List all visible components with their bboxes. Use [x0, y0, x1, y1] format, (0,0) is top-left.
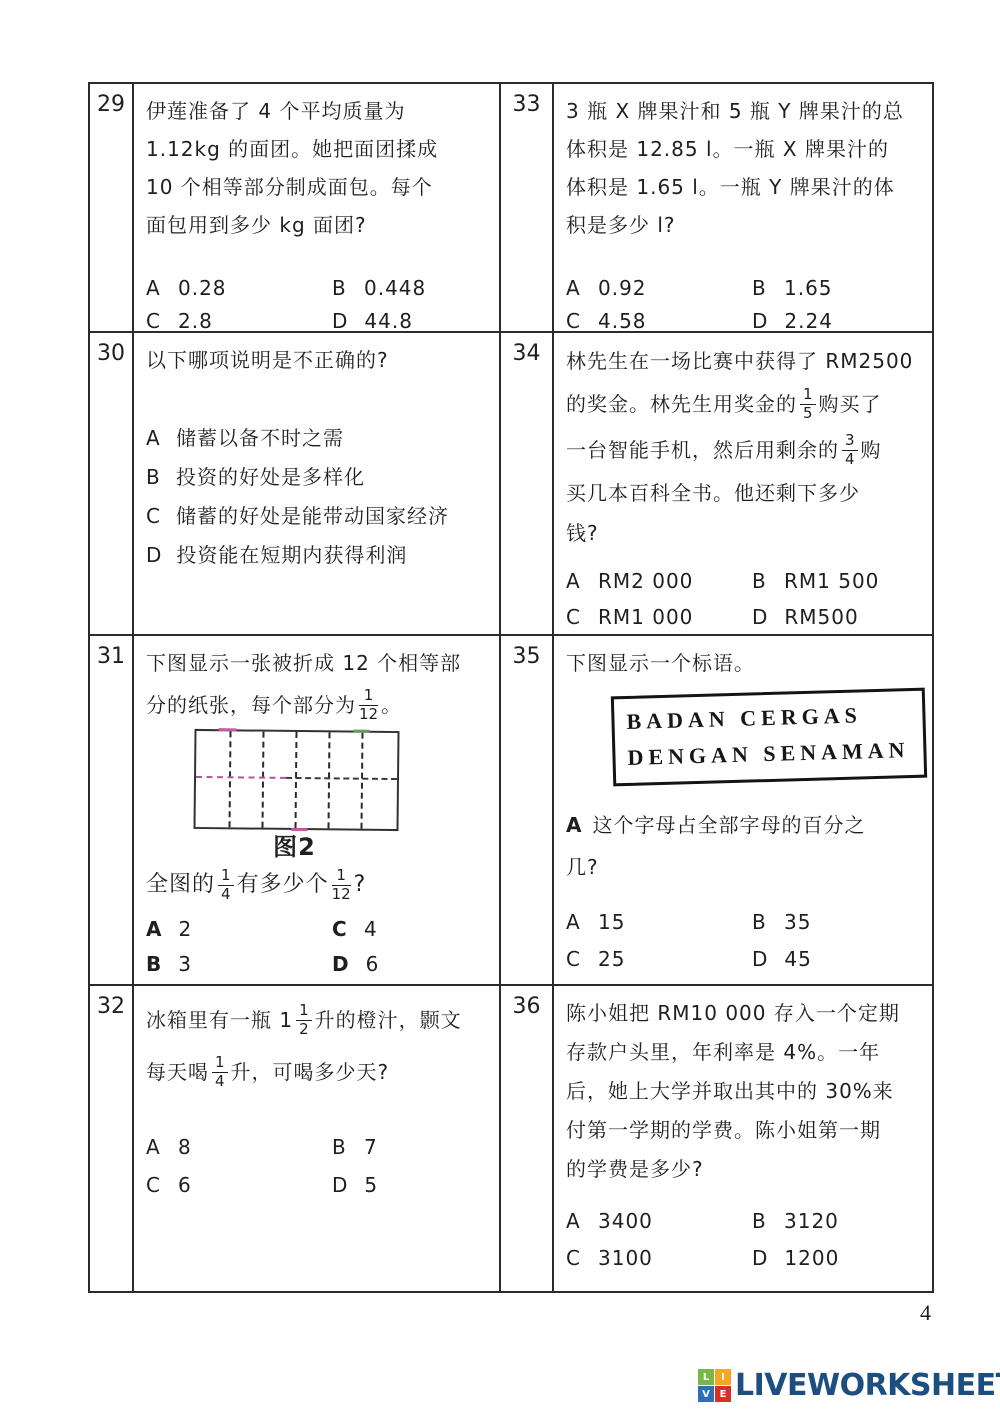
figure-caption: 图2	[194, 832, 395, 862]
question-32-cell: 冰箱里有一瓶 112升的橙汁，颢文 每天喝14升，可喝多少天? A8 B7 C6…	[134, 986, 501, 1291]
option-letter: A	[566, 904, 582, 941]
choice-letter: A	[146, 419, 162, 458]
fraction-numerator: 1	[296, 1003, 312, 1021]
question-35-question-line-2: 几?	[566, 846, 926, 888]
question-31-options: A2 C4 B3 D6	[146, 912, 493, 982]
text-segment: 全图的	[146, 866, 215, 904]
question-30-cell: 以下哪项说明是不正确的? A储蓄以备不时之需 B投资的好处是多样化 C储蓄的好处…	[134, 333, 501, 636]
fold-line-horizontal	[196, 776, 286, 779]
option-letter: C	[566, 941, 582, 978]
question-36-option-a[interactable]: A3400	[566, 1203, 752, 1240]
text-segment: 。	[381, 686, 402, 724]
question-35-option-a[interactable]: A15	[566, 904, 752, 941]
option-letter: B	[752, 563, 768, 599]
option-letter: A	[146, 272, 162, 305]
option-letter: B	[332, 272, 348, 305]
question-34-option-b[interactable]: BRM1 500	[752, 563, 926, 599]
question-34-option-a[interactable]: ARM2 000	[566, 563, 752, 599]
question-35-options: A15 B35 C25 D45	[566, 904, 926, 978]
text-segment: 这个字母占全部字母的百分之	[592, 813, 865, 837]
option-letter: C	[566, 599, 582, 635]
text-segment: 购	[861, 431, 882, 469]
choice-text: 投资的好处是多样化	[176, 465, 365, 489]
question-31-option-b[interactable]: B3	[146, 947, 332, 982]
question-35-cell: 下图显示一个标语。 BADAN CERGAS DENGAN SENAMAN A这…	[554, 636, 932, 986]
option-letter: B	[752, 904, 768, 941]
question-36-line-1: 陈小姐把 RM10 000 存入一个定期	[566, 994, 926, 1033]
choice-text: 投资能在短期内获得利润	[176, 543, 407, 567]
question-35-question-line-1: A这个字母占全部字母的百分之	[566, 804, 926, 846]
question-35-option-b[interactable]: B35	[752, 904, 926, 941]
option-value: RM1 500	[784, 569, 879, 593]
option-value: 1.65	[784, 276, 833, 300]
question-29-line-4: 面包用到多少 kg 面团?	[146, 206, 493, 244]
question-34-line-4: 买几本百科全书。他还剩下多少	[566, 473, 926, 513]
liveworksheets-logo-icon: L I V E	[698, 1369, 731, 1402]
option-value: 25	[598, 947, 625, 971]
option-letter: B	[752, 272, 768, 305]
option-letter: A	[566, 1203, 582, 1240]
option-value: 3	[178, 952, 192, 976]
question-32-number: 32	[90, 986, 134, 1291]
fraction-denominator: 12	[359, 706, 378, 723]
logo-tile-v: V	[698, 1386, 714, 1402]
option-letter: B	[146, 947, 162, 982]
question-35-option-c[interactable]: C25	[566, 941, 752, 978]
fraction-numerator: 3	[842, 433, 858, 451]
option-letter: D	[332, 1166, 348, 1204]
question-31-question-line: 全图的14有多少个112?	[146, 862, 493, 908]
option-value: 0.28	[178, 276, 227, 300]
question-32-line-1: 冰箱里有一瓶 112升的橙汁，颢文	[146, 994, 493, 1046]
liveworksheets-logo-text: LIVEWORKSHEETS	[735, 1368, 1000, 1403]
question-30-number: 30	[90, 333, 134, 636]
option-value: 1200	[784, 1246, 839, 1270]
question-30-choice-b[interactable]: B投资的好处是多样化	[146, 458, 493, 497]
question-33-option-b[interactable]: B1.65	[752, 272, 926, 305]
option-value: 4	[364, 917, 378, 941]
question-36-line-5: 的学费是多少?	[566, 1150, 926, 1189]
option-letter: B	[752, 1203, 768, 1240]
question-34-option-c[interactable]: CRM1 000	[566, 599, 752, 635]
question-29-line-3: 10 个相等部分制成面包。每个	[146, 168, 493, 206]
fraction-denominator: 4	[212, 1073, 228, 1090]
question-35-option-d[interactable]: D45	[752, 941, 926, 978]
question-31-option-a[interactable]: A2	[146, 912, 332, 947]
option-letter: C	[332, 912, 348, 947]
question-33-cell: 3 瓶 X 牌果汁和 5 瓶 Y 牌果汁的总 体积是 12.85 l。一瓶 X …	[554, 84, 932, 333]
option-value: 6	[178, 1173, 192, 1197]
question-36-option-c[interactable]: C3100	[566, 1240, 752, 1277]
option-value: 2	[178, 917, 192, 941]
questions-table: 29 伊莲准备了 4 个平均质量为 1.12kg 的面团。她把面团揉成 10 个…	[88, 82, 934, 1293]
fold-line-horizontal	[286, 777, 397, 780]
question-34-number: 34	[501, 333, 554, 636]
option-value: 3120	[784, 1209, 839, 1233]
question-30-choice-a[interactable]: A储蓄以备不时之需	[146, 419, 493, 458]
text-segment: 升的橙汁，颢文	[315, 1001, 462, 1039]
fold-line	[327, 732, 330, 828]
fraction-one-quarter: 14	[212, 1055, 228, 1090]
question-36-line-2: 存款户头里，年利率是 4%。一年	[566, 1033, 926, 1072]
text-segment: 有多少个	[237, 866, 329, 904]
question-32-line-2: 每天喝14升，可喝多少天?	[146, 1046, 493, 1098]
choice-letter: D	[146, 536, 162, 575]
question-31-cell: 下图显示一张被折成 12 个相等部 分的纸张，每个部分为112。 图2 全图的1…	[134, 636, 501, 986]
option-letter: C	[146, 1166, 162, 1204]
text-segment: 购买了	[819, 385, 882, 423]
question-31-line-1: 下图显示一张被折成 12 个相等部	[146, 644, 493, 682]
question-33-number: 33	[501, 84, 554, 333]
text-segment: 一台智能手机，然后用剩余的	[566, 431, 839, 469]
choice-text: 储蓄以备不时之需	[176, 426, 344, 450]
option-letter: D	[752, 599, 768, 635]
fraction-numerator: 1	[359, 688, 378, 706]
option-value: 8	[178, 1135, 192, 1159]
fraction-denominator: 4	[218, 886, 234, 903]
slogan-line-2: DENGAN SENAMAN	[627, 732, 910, 776]
question-34-line-2: 的奖金。林先生用奖金的15购买了	[566, 381, 926, 427]
option-letter: D	[752, 941, 768, 978]
page-number: 4	[920, 1300, 931, 1326]
question-29-line-1: 伊莲准备了 4 个平均质量为	[146, 92, 493, 130]
fold-line	[294, 732, 297, 828]
question-34-cell: 林先生在一场比赛中获得了 RM2500 的奖金。林先生用奖金的15购买了 一台智…	[554, 333, 932, 636]
question-33-option-a[interactable]: A0.92	[566, 272, 752, 305]
text-segment: 升，可喝多少天?	[231, 1053, 390, 1091]
fold-line	[360, 733, 363, 829]
subject-letter: A	[566, 804, 582, 846]
option-value: 35	[784, 910, 811, 934]
question-29-cell: 伊莲准备了 4 个平均质量为 1.12kg 的面团。她把面团揉成 10 个相等部…	[134, 84, 501, 333]
question-29-option-a[interactable]: A0.28	[146, 272, 332, 305]
fraction-one-quarter: 14	[218, 868, 234, 903]
text-segment: 每天喝	[146, 1053, 209, 1091]
option-value: 0.92	[598, 276, 647, 300]
fraction-denominator: 2	[296, 1021, 312, 1038]
fraction-one-twelfth: 112	[332, 868, 351, 903]
question-30-choice-d[interactable]: D投资能在短期内获得利润	[146, 536, 493, 575]
fraction-denominator: 4	[842, 451, 858, 468]
question-34-line-1: 林先生在一场比赛中获得了 RM2500	[566, 341, 926, 381]
question-34-option-d[interactable]: DRM500	[752, 599, 926, 635]
question-32-option-c[interactable]: C6	[146, 1166, 332, 1204]
fraction-denominator: 12	[332, 886, 351, 903]
option-value: 45	[784, 947, 811, 971]
question-30-choice-c[interactable]: C储蓄的好处是能带动国家经济	[146, 497, 493, 536]
choice-text: 储蓄的好处是能带动国家经济	[176, 504, 449, 528]
fraction-numerator: 1	[218, 868, 234, 886]
logo-tile-l: L	[698, 1369, 714, 1385]
question-32-option-b[interactable]: B7	[332, 1128, 493, 1166]
text-segment: 的奖金。林先生用奖金的	[566, 385, 797, 423]
text-segment: 分的纸张，每个部分为	[146, 686, 356, 724]
fraction-three-quarters: 34	[842, 433, 858, 468]
question-33-line-1: 3 瓶 X 牌果汁和 5 瓶 Y 牌果汁的总	[566, 92, 926, 130]
option-value: 5	[364, 1173, 378, 1197]
question-32-options: A8 B7 C6 D5	[146, 1128, 493, 1204]
question-36-number: 36	[501, 986, 554, 1291]
fraction-one-twelfth: 112	[359, 688, 378, 723]
scan-artifact	[291, 828, 307, 831]
option-value: 3100	[598, 1246, 653, 1270]
question-31-line-2: 分的纸张，每个部分为112。	[146, 682, 493, 728]
option-letter: A	[566, 272, 582, 305]
text-segment: ?	[354, 866, 367, 904]
question-36-options: A3400 B3120 C3100 D1200	[566, 1203, 926, 1277]
question-33-line-2: 体积是 12.85 l。一瓶 X 牌果汁的	[566, 130, 926, 168]
option-value: RM2 000	[598, 569, 693, 593]
option-value: 0.448	[364, 276, 426, 300]
fraction-one-half: 12	[296, 1003, 312, 1038]
question-31-number: 31	[90, 636, 134, 986]
question-33-line-3: 体积是 1.65 l。一瓶 Y 牌果汁的体	[566, 168, 926, 206]
question-35-question: A这个字母占全部字母的百分之 几?	[566, 804, 926, 888]
fraction-one-fifth: 15	[800, 387, 816, 422]
option-value: 44.8	[364, 309, 413, 333]
option-letter: B	[332, 1128, 348, 1166]
fraction-denominator: 5	[800, 405, 816, 422]
question-35-line-1: 下图显示一个标语。	[566, 644, 926, 682]
scan-artifact	[219, 728, 237, 731]
option-value: RM1 000	[598, 605, 693, 629]
question-29-option-b[interactable]: B0.448	[332, 272, 493, 305]
question-36-option-d[interactable]: D1200	[752, 1240, 926, 1277]
logo-tile-e: E	[715, 1386, 731, 1402]
option-letter: D	[332, 947, 350, 982]
option-value: RM500	[784, 605, 858, 629]
fraction-numerator: 1	[212, 1055, 228, 1073]
option-letter: A	[566, 563, 582, 599]
question-29-number: 29	[90, 84, 134, 333]
question-36-line-4: 付第一学期的学费。陈小姐第一期	[566, 1111, 926, 1150]
fold-line	[261, 732, 264, 828]
option-letter: D	[752, 1240, 768, 1277]
question-33-options: A0.92 B1.65 C4.58 D2.24	[566, 272, 926, 338]
question-36-line-3: 后，她上大学并取出其中的 30%来	[566, 1072, 926, 1111]
question-33-line-4: 积是多少 l?	[566, 206, 926, 244]
fraction-numerator: 1	[800, 387, 816, 405]
question-34-line-5: 钱?	[566, 513, 926, 553]
question-29-options: A0.28 B0.448 C2.8 D44.8	[146, 272, 493, 338]
question-34-options: ARM2 000 BRM1 500 CRM1 000 DRM500	[566, 563, 926, 635]
question-30-line-1: 以下哪项说明是不正确的?	[146, 341, 493, 379]
question-36-option-b[interactable]: B3120	[752, 1203, 926, 1240]
text-segment: 冰箱里有一瓶 1	[146, 1001, 293, 1039]
question-36-cell: 陈小姐把 RM10 000 存入一个定期 存款户头里，年利率是 4%。一年 后，…	[554, 986, 932, 1291]
slogan-sign: BADAN CERGAS DENGAN SENAMAN	[611, 688, 927, 787]
question-32-option-a[interactable]: A8	[146, 1128, 332, 1166]
fraction-numerator: 1	[332, 868, 351, 886]
choice-letter: C	[146, 497, 162, 536]
question-30-choices: A储蓄以备不时之需 B投资的好处是多样化 C储蓄的好处是能带动国家经济 D投资能…	[146, 419, 493, 575]
question-34-line-3: 一台智能手机，然后用剩余的34购	[566, 427, 926, 473]
question-31-option-d[interactable]: D6	[332, 947, 493, 982]
question-31-option-c[interactable]: C4	[332, 912, 493, 947]
option-letter: A	[146, 912, 162, 947]
option-letter: C	[566, 1240, 582, 1277]
option-value: 6	[366, 952, 380, 976]
option-value: 7	[364, 1135, 378, 1159]
option-value: 3400	[598, 1209, 653, 1233]
option-value: 4.58	[598, 309, 647, 333]
question-35-number: 35	[501, 636, 554, 986]
question-29-line-2: 1.12kg 的面团。她把面团揉成	[146, 130, 493, 168]
folded-paper-figure	[193, 729, 399, 831]
option-value: 2.8	[178, 309, 213, 333]
scan-artifact	[353, 730, 369, 733]
option-value: 2.24	[784, 309, 833, 333]
option-value: 15	[598, 910, 625, 934]
question-32-option-d[interactable]: D5	[332, 1166, 493, 1204]
fold-line	[229, 731, 232, 827]
option-letter: A	[146, 1128, 162, 1166]
choice-letter: B	[146, 458, 162, 497]
liveworksheets-logo[interactable]: L I V E LIVEWORKSHEETS	[698, 1368, 1000, 1403]
logo-tile-i: I	[715, 1369, 731, 1385]
